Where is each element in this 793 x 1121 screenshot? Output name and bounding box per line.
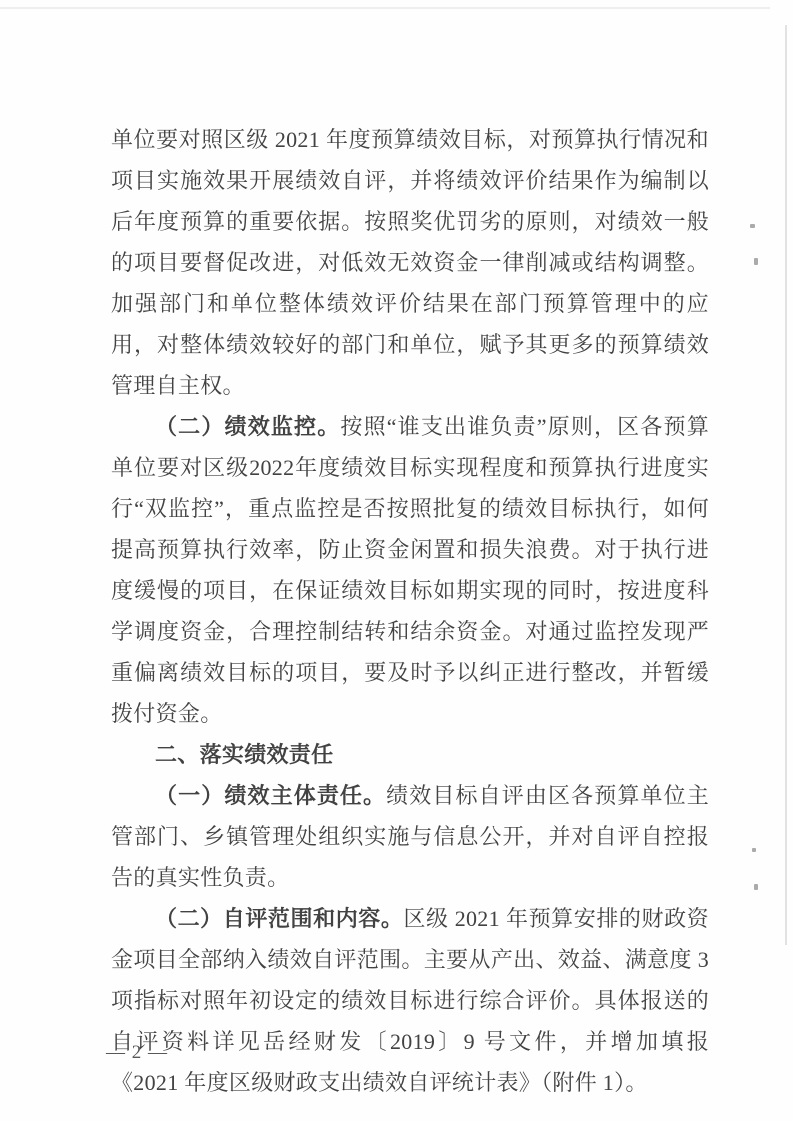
scan-ink-speck xyxy=(754,258,758,265)
paragraph-text: 区级 2021 年预算安排的财政资金项目全部纳入绩效自评范围。主要从产出、效益、… xyxy=(111,906,709,1095)
paragraph-text: 按照“谁支出谁负责”原则，区各预算单位要对区级2022年度绩效目标实现程度和预算… xyxy=(111,414,709,726)
section-heading-performance-responsibility: 二、落实绩效责任 xyxy=(111,734,709,775)
paragraph-self-evaluation-scope: （二）自评范围和内容。区级 2021 年预算安排的财政资金项目全部纳入绩效自评范… xyxy=(111,898,709,1103)
paragraph-budget-self-evaluation: 单位要对照区级 2021 年度预算绩效目标，对预算执行情况和项目实施效果开展绩效… xyxy=(111,119,709,406)
page-number: — 2 — xyxy=(106,1042,168,1064)
scan-ink-speck xyxy=(754,884,758,890)
scan-ink-speck xyxy=(750,224,755,228)
paragraph-bold-lead: （二）自评范围和内容。 xyxy=(155,906,403,931)
paragraph-text: 单位要对照区级 2021 年度预算绩效目标，对预算执行情况和项目实施效果开展绩效… xyxy=(111,127,709,398)
paragraph-bold-lead: （二）绩效监控。 xyxy=(155,414,340,439)
scan-ink-speck xyxy=(752,848,756,852)
scan-edge-right-line xyxy=(785,25,787,945)
section-heading-text: 二、落实绩效责任 xyxy=(155,742,333,767)
scan-edge-top-line xyxy=(0,7,770,9)
document-text-block: 单位要对照区级 2021 年度预算绩效目标，对预算执行情况和项目实施效果开展绩效… xyxy=(111,119,709,1103)
scanned-document-page: 单位要对照区级 2021 年度预算绩效目标，对预算执行情况和项目实施效果开展绩效… xyxy=(0,0,793,1121)
paragraph-performance-monitoring: （二）绩效监控。按照“谁支出谁负责”原则，区各预算单位要对区级2022年度绩效目… xyxy=(111,406,709,734)
paragraph-bold-lead: （一）绩效主体责任。 xyxy=(155,783,386,808)
paragraph-main-responsibility: （一）绩效主体责任。绩效目标自评由区各预算单位主管部门、乡镇管理处组织实施与信息… xyxy=(111,775,709,898)
